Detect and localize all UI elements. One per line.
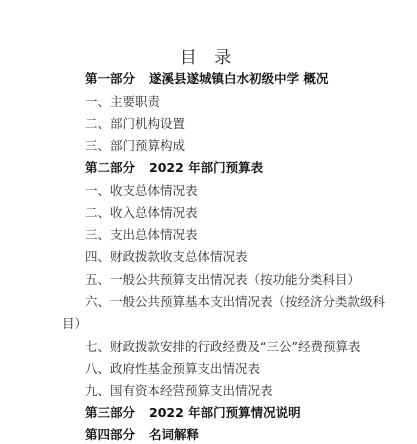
part-label: 第一部分 <box>85 71 135 86</box>
toc-item[interactable]: 五、一般公共预算支出情况表（按功能分类科目） <box>85 270 360 288</box>
toc-item[interactable]: 四、财政拨款收支总体情况表 <box>85 247 248 265</box>
toc-item-wrap[interactable]: 目） <box>62 314 87 332</box>
toc-part-1[interactable]: 第一部分遂溪县遂城镇白水初级中学 概况 <box>85 69 328 87</box>
toc-item[interactable]: 八、政府性基金预算支出情况表 <box>85 359 260 377</box>
part-label: 第二部分 <box>85 160 135 175</box>
toc-part-3[interactable]: 第三部分2022 年部门预算情况说明 <box>85 403 301 421</box>
toc-item[interactable]: 三、部门预算构成 <box>85 136 185 154</box>
toc-part-2[interactable]: 第二部分2022 年部门预算表 <box>85 158 263 176</box>
part-label: 第四部分 <box>85 427 135 442</box>
toc-item[interactable]: 一、主要职责 <box>85 92 160 110</box>
toc-item[interactable]: 二、收入总体情况表 <box>85 203 198 221</box>
toc-item[interactable]: 六、一般公共预算基本支出情况表（按经济分类款级科 <box>85 292 385 310</box>
part-label: 第三部分 <box>85 405 135 420</box>
toc-item[interactable]: 九、国有资本经营预算支出情况表 <box>85 381 273 399</box>
part-title: 2022 年部门预算情况说明 <box>149 405 301 420</box>
toc-item[interactable]: 三、支出总体情况表 <box>85 225 198 243</box>
part-title: 名词解释 <box>149 427 199 442</box>
part-title: 2022 年部门预算表 <box>149 160 263 175</box>
toc-item[interactable]: 一、收支总体情况表 <box>85 181 198 199</box>
part-title: 遂溪县遂城镇白水初级中学 概况 <box>149 71 328 86</box>
toc-item[interactable]: 七、财政拨款安排的行政经费及“三公”经费预算表 <box>85 337 360 355</box>
toc-title: 目 录 <box>0 43 417 68</box>
toc-part-4[interactable]: 第四部分名词解释 <box>85 425 199 443</box>
toc-item[interactable]: 二、部门机构设置 <box>85 114 185 132</box>
